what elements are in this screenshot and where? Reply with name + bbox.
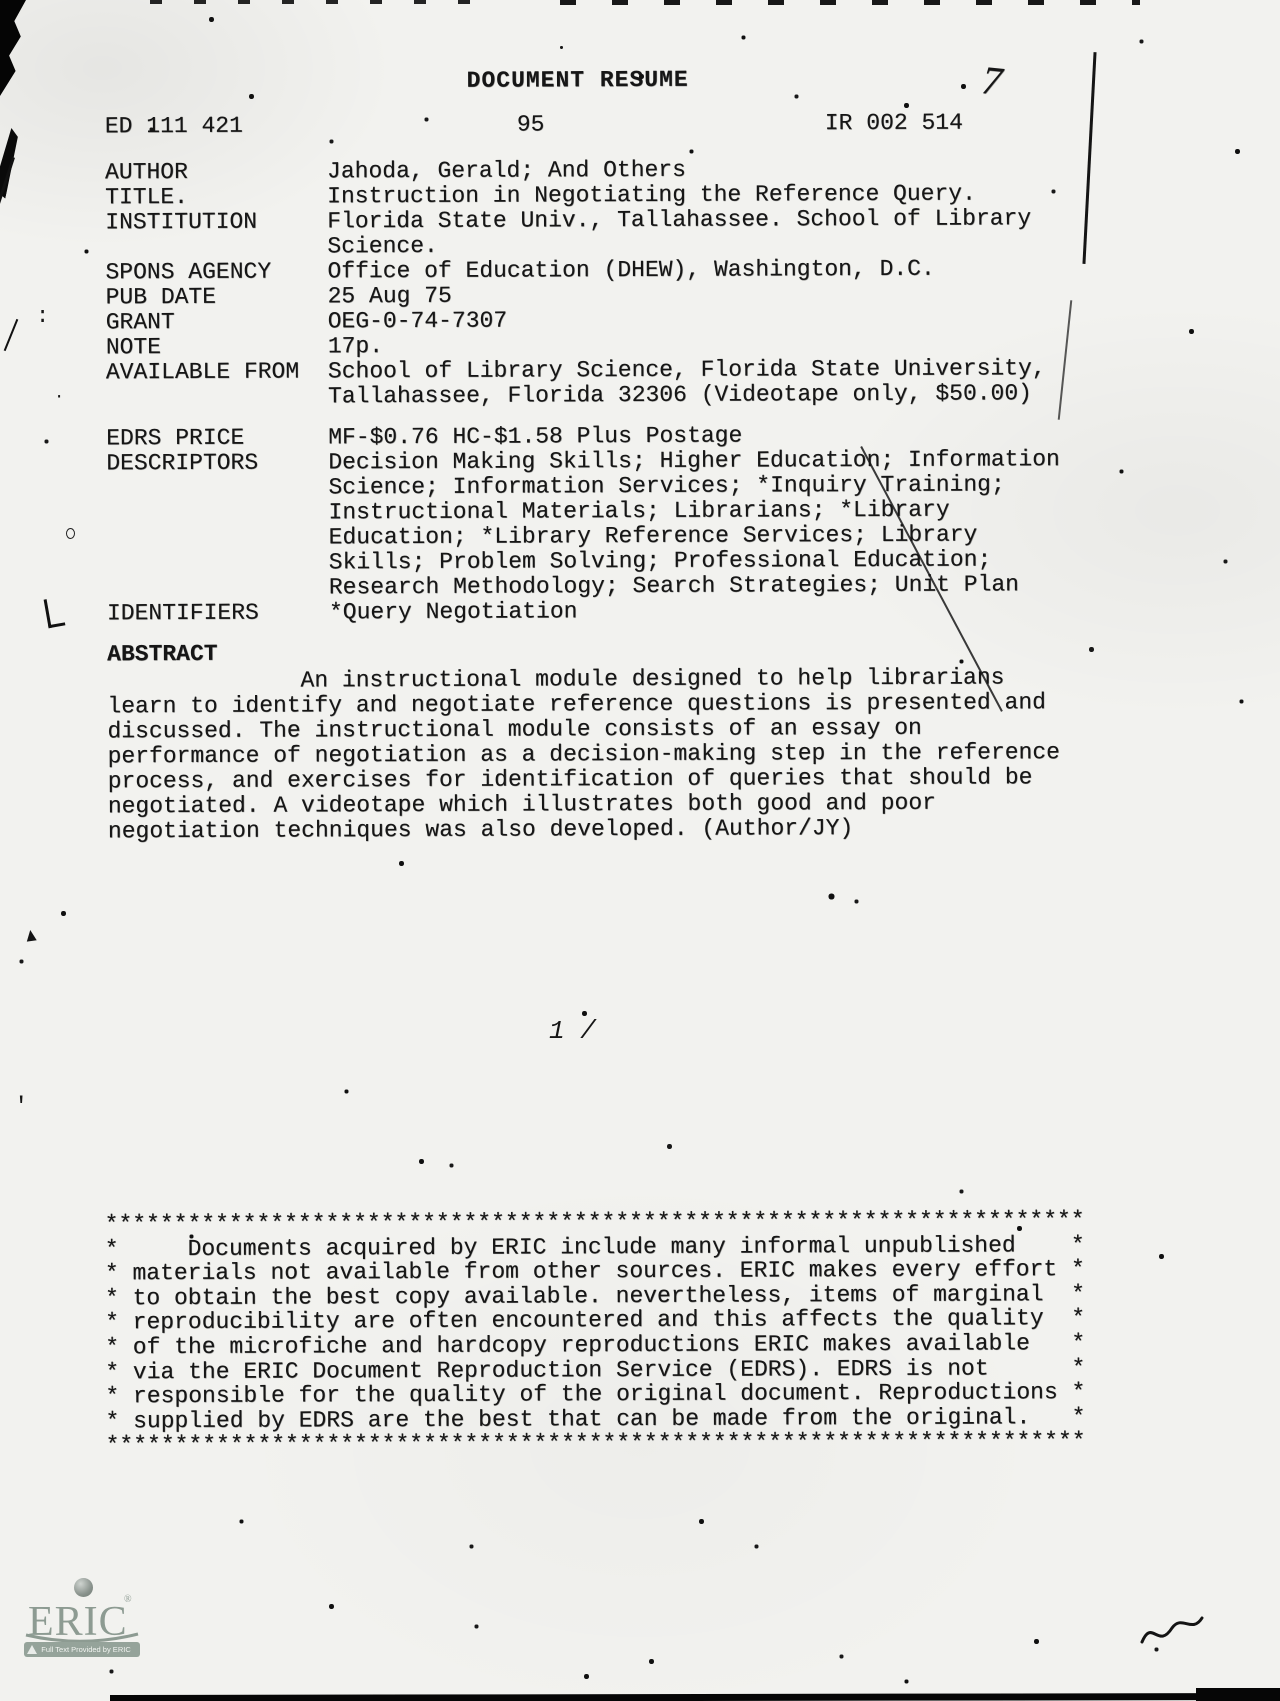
field-row: IDENTIFIERS *Query Negotiation <box>107 597 1187 627</box>
document-resume-title: DOCUMENT RESUME <box>467 68 689 94</box>
notice-line: ****************************************… <box>106 1429 1086 1458</box>
ed-number: ED 111 421 <box>105 114 243 140</box>
eric-logo-tagline: Full Text Provided by ERIC <box>33 1645 130 1654</box>
abstract-heading: ABSTRACT <box>107 642 218 667</box>
field-row: DESCRIPTORS Decision Making Skills; High… <box>106 447 1187 602</box>
field-label: DESCRIPTORS <box>106 450 328 476</box>
field-row: AVAILABLE FROM School of Library Science… <box>106 356 1186 411</box>
globe-icon <box>74 1578 93 1597</box>
field-label: NOTE <box>106 334 328 360</box>
field-label: AUTHOR <box>105 159 327 185</box>
field-value: Jahoda, Gerald; And Others <box>327 158 686 185</box>
field-label: INSTITUTION <box>105 209 327 235</box>
field-label: GRANT <box>106 309 328 335</box>
field-label: TITLE. <box>105 184 327 210</box>
bibliographic-fields: AUTHOR Jahoda, Gerald; And Others TITLE.… <box>105 156 1186 411</box>
field-label: PUB DATE <box>106 284 328 310</box>
ir-number: IR 002 514 <box>825 111 963 137</box>
field-value: School of Library Science, Florida State… <box>328 356 1046 409</box>
eric-logo-banner: Full Text Provided by ERIC <box>24 1642 140 1657</box>
field-value: Office of Education (DHEW), Washington, … <box>327 257 934 285</box>
abstract-text: An instructional module designed to help… <box>107 665 1060 844</box>
clearinghouse-number: 95 <box>517 112 545 137</box>
field-value: OEG-0-74-7307 <box>328 309 508 335</box>
eric-logo: ERIC ® Full Text Provided by ERIC <box>22 1576 142 1676</box>
field-row: INSTITUTION Florida State Univ., Tallaha… <box>105 206 1185 261</box>
field-value: *Query Negotiation <box>329 599 578 625</box>
banner-triangle-icon <box>27 1645 37 1654</box>
field-label: EDRS PRICE <box>106 425 328 451</box>
catalog-fields: EDRS PRICE MF-$0.76 HC-$1.58 Plus Postag… <box>106 422 1187 627</box>
field-value: MF-$0.76 HC-$1.58 Plus Postage <box>328 424 742 451</box>
field-label: SPONS AGENCY <box>105 259 327 285</box>
field-value: Florida State Univ., Tallahassee. School… <box>327 206 1031 259</box>
field-label: IDENTIFIERS <box>107 600 329 626</box>
field-value: 25 Aug 75 <box>328 284 452 310</box>
field-label: AVAILABLE FROM <box>106 359 328 385</box>
registered-trademark-icon: ® <box>124 1594 132 1605</box>
reproduction-notice: ****************************************… <box>105 1208 1086 1458</box>
id-row: ED 111 421 95 IR 002 514 <box>105 110 1185 143</box>
field-value: Decision Making Skills; Higher Education… <box>328 447 1060 600</box>
field-value: 17p. <box>328 334 383 359</box>
scanned-document-page: : ' · 7 1 / DOCUMENT RESUME ED 111 421 9… <box>0 0 1280 1701</box>
